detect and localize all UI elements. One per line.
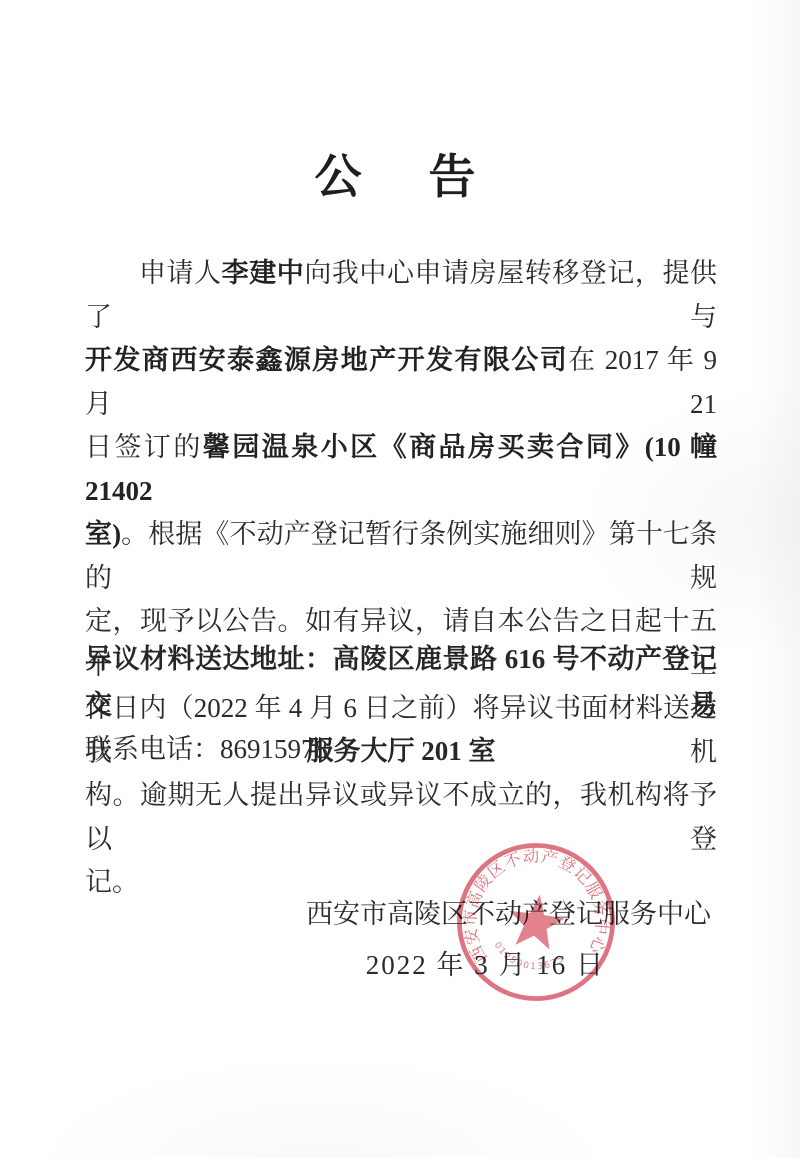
page-title: 公 告 [0,140,800,207]
body-line: 日签订的馨园温泉小区《商品房买卖合同》(10 幢 21402 [85,426,717,513]
body-line: 开发商西安泰鑫源房地产开发有限公司在 2017 年 9 月 21 [85,339,717,426]
announcement-body: 申请人李建中向我中心申请房屋转移登记，提供了与开发商西安泰鑫源房地产开发有限公司… [85,252,717,905]
official-seal-stamp-icon: 西安市高陵区不动产登记服务中心 01250013675 [439,823,634,1021]
body-line: 申请人李建中向我中心申请房屋转移登记，提供了与 [85,252,717,339]
signature-date: 2022 年 3 月 16 日 [85,943,717,982]
seal-svg: 西安市高陵区不动产登记服务中心 01250013675 [439,823,634,1021]
seal-serial-number: 01250013675 [489,940,569,977]
seal-star-icon [505,891,567,951]
address-line-1: 异议材料送达地址：高陵区鹿景路 616 号不动产登记交易 [85,636,717,728]
contact-phone: 联系电话：86915978 [85,727,717,771]
announcement-page: 公 告 申请人李建中向我中心申请房屋转移登记，提供了与开发商西安泰鑫源房地产开发… [0,0,800,1158]
body-line: 室)。根据《不动产登记暂行条例实施细则》第十七条的规 [85,513,717,600]
